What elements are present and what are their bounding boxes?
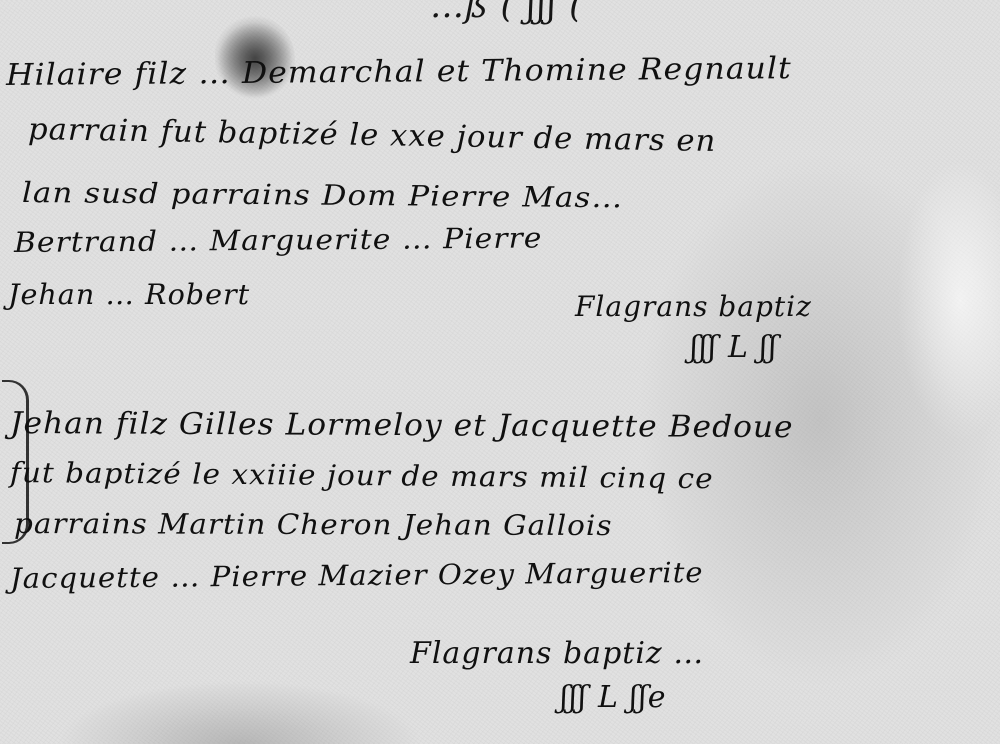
entry-2-paraph: ʃʃʃ L ʃʃe (560, 680, 666, 715)
entry-1-paraph: ʃʃʃ L ʃʃ (690, 330, 778, 365)
entry-1-line-2: parrain fut baptizé le xxe jour de mars … (28, 112, 717, 159)
entry-1-line-1: Hilaire filz … Demarchal et Thomine Regn… (6, 51, 792, 93)
entry-2-line-4: Jacquette … Pierre Mazier Ozey Marguerit… (10, 556, 704, 595)
entry-1-line-4: Bertrand … Marguerite … Pierre (14, 221, 543, 259)
entry-2-line-2: fut baptizé le xxiiie jour de mars mil c… (10, 456, 714, 495)
entry-2-line-1: Jehan filz Gilles Lormeloy et Jacquette … (10, 406, 794, 445)
entry-2-signature: Flagrans baptiz … (410, 636, 704, 671)
entry-1-line-3: lan susd parrains Dom Pierre Mas… (22, 176, 624, 214)
manuscript-page: …ß ( ʃʃʃ ( Hilaire filz … Demarchal et T… (0, 0, 1000, 744)
entry-2-line-3: parrains Martin Cheron Jehan Gallois (14, 507, 613, 542)
entry-1-line-5: Jehan … Robert (8, 278, 250, 311)
top-fragment: …ß ( ʃʃʃ ( (430, 0, 583, 26)
entry-1-signature: Flagrans baptiz (575, 290, 812, 323)
